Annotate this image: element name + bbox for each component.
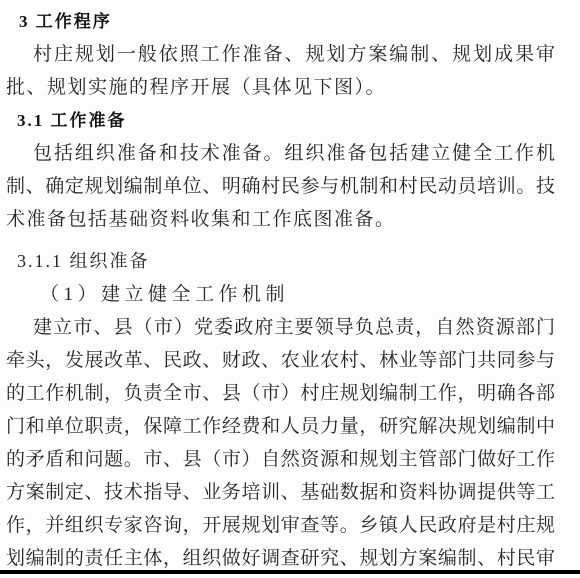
paragraph-line: 的矛盾和问题。市、县（市）自然资源和规划主管部门做好工作 (6, 443, 555, 476)
paragraph-line: 牵头，发展改革、民政、财政、农业农村、林业等部门共同参与 (6, 344, 555, 377)
heading-section-3-1: 3.1 工作准备 (17, 104, 580, 137)
heading-section-3: 3 工作程序 (19, 5, 580, 38)
page-bottom-rule (0, 570, 580, 574)
paragraph-line: 方案制定、技术指导、业务培训、基础数据和资料协调提供等工 (6, 476, 555, 509)
list-item-1-heading: （1）建立健全工作机制 (40, 278, 580, 311)
paragraph-line: 包括组织准备和技术准备。组织准备包括建立健全工作机 (6, 137, 555, 170)
heading-section-3-1-1: 3.1.1 组织准备 (17, 245, 580, 278)
paragraph-line: 作，并组织专家咨询，开展规划审查等。乡镇人民政府是村庄规 (6, 509, 555, 542)
paragraph-line: 的工作机制，负责全市、县（市）村庄规划编制工作，明确各部 (6, 377, 555, 410)
paragraph-line: 门和单位职责，保障工作经费和人员力量，研究解决规划编制中 (6, 410, 555, 443)
paragraph-line: 建立市、县（市）党委政府主要领导负总责，自然资源部门 (6, 311, 555, 344)
paragraph-line: 术准备包括基础资料收集和工作底图准备。 (6, 203, 555, 236)
paragraph-line: 村庄规划一般依照工作准备、规划方案编制、规划成果审 (6, 38, 555, 71)
paragraph-line: 批、规划实施的程序开展（具体见下图）。 (6, 71, 555, 104)
paragraph-line: 制、确定规划编制单位、明确村民参与机制和村民动员培训。技 (6, 170, 555, 203)
document-page: 3 工作程序 村庄规划一般依照工作准备、规划方案编制、规划成果审 批、规划实施的… (0, 0, 580, 578)
